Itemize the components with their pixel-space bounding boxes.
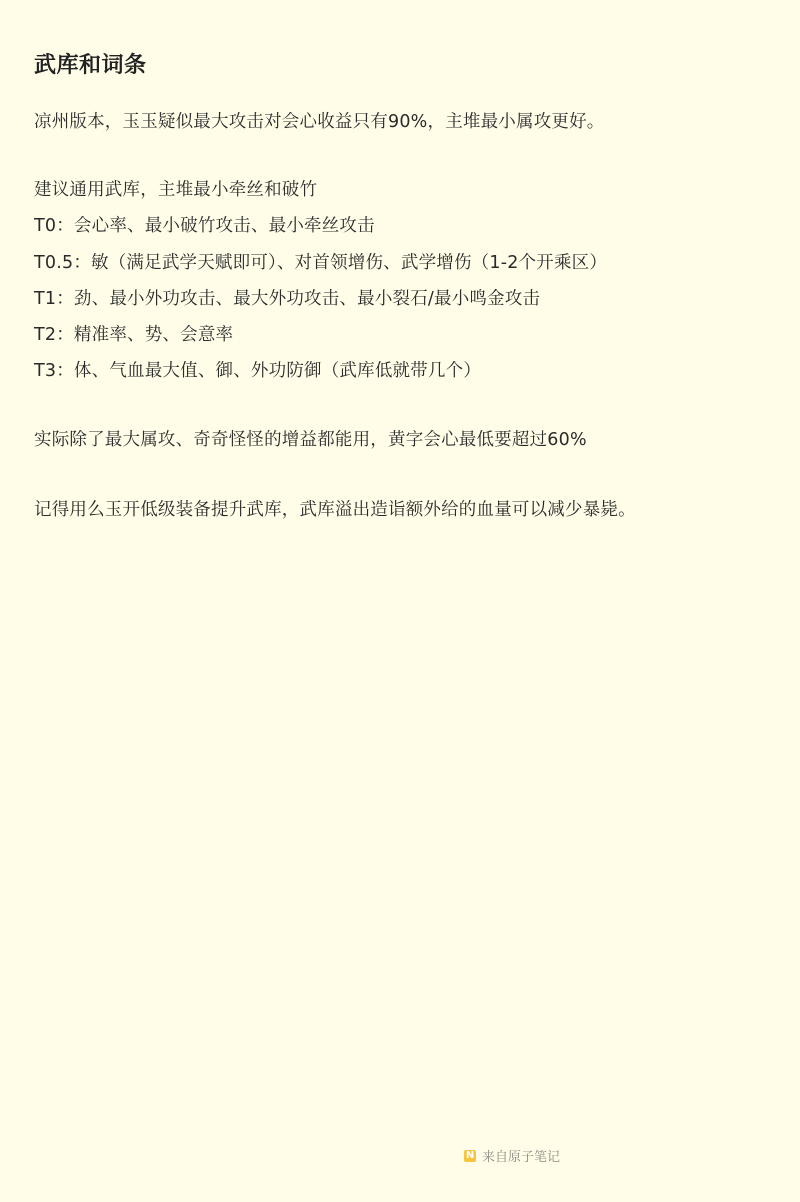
note-line: T3：体、气血最大值、御、外功防御（武库低就带几个）: [34, 357, 481, 382]
note-line: 实际除了最大属攻、奇奇怪怪的增益都能用，黄字会心最低要超过60%: [34, 426, 587, 451]
app-logo-icon: N: [464, 1150, 476, 1162]
note-title: 武库和词条: [34, 48, 147, 79]
note-line: T2：精准率、势、会意率: [34, 321, 233, 346]
note-line: T1：劲、最小外功攻击、最大外功攻击、最小裂石/最小鸣金攻击: [34, 285, 540, 310]
note-line: 建议通用武库，主堆最小牵丝和破竹: [34, 176, 317, 201]
note-line: 凉州版本，玉玉疑似最大攻击对会心收益只有90%，主堆最小属攻更好。: [34, 108, 605, 133]
note-line: T0.5：敏（满足武学天赋即可）、对首领增伤、武学增伤（1-2个开乘区）: [34, 249, 607, 274]
note-line: 记得用么玉开低级装备提升武库，武库溢出造诣额外给的血量可以减少暴毙。: [34, 496, 636, 521]
source-label: 来自原子笔记: [482, 1146, 560, 1165]
note-line: T0：会心率、最小破竹攻击、最小牵丝攻击: [34, 212, 375, 237]
source-footer: N 来自原子笔记: [464, 1146, 560, 1165]
